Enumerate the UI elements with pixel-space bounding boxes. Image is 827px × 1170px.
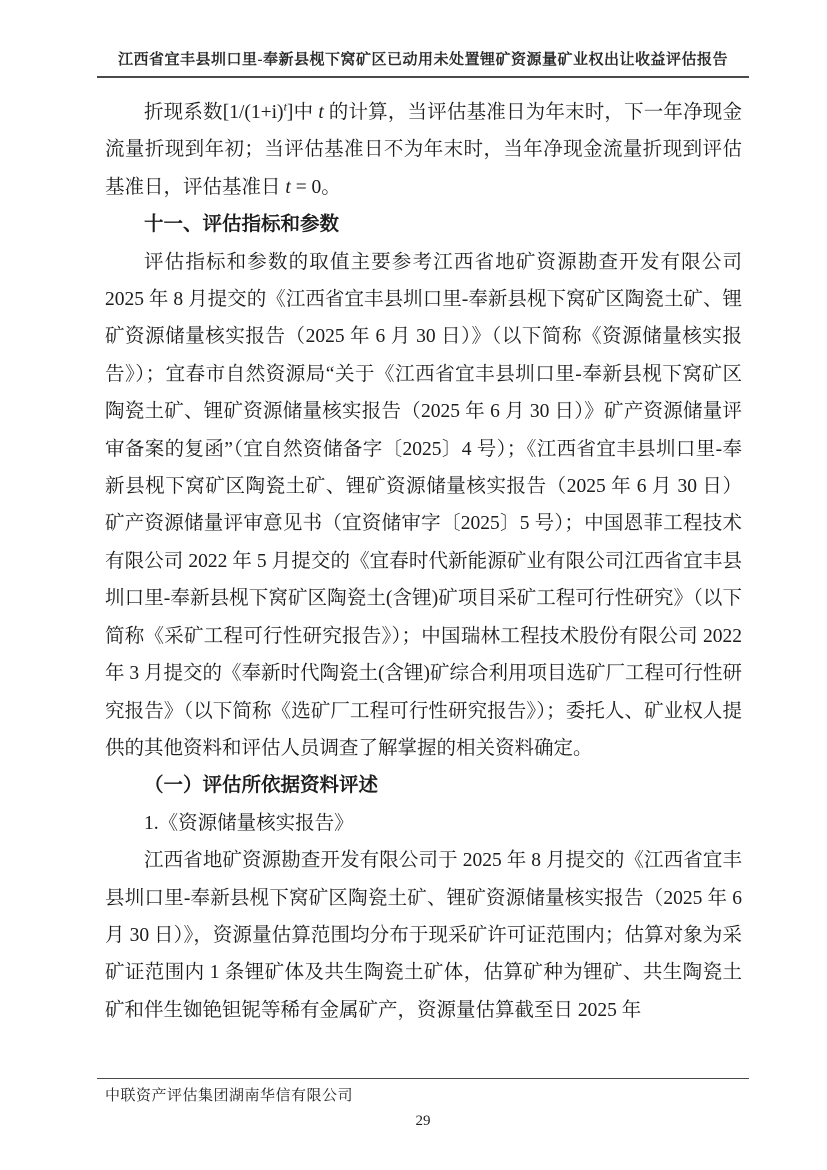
formula-mid: ]中 xyxy=(287,102,318,123)
page-number: 29 xyxy=(97,1113,749,1130)
header-title: 江西省宜丰县圳口里-奉新县枧下窝矿区已动用未处置锂矿资源量矿业权出让收益评估报告 xyxy=(97,48,749,69)
page-footer: 中联资产评估集团湖南华信有限公司 29 xyxy=(97,1078,749,1130)
page-header: 江西省宜丰县圳口里-奉新县枧下窝矿区已动用未处置锂矿资源量矿业权出让收益评估报告 xyxy=(97,48,749,78)
paragraph-resource-report: 江西省地矿资源勘查开发有限公司于 2025 年 8 月提交的《江西省宜丰县圳口里… xyxy=(105,842,742,1029)
paragraph-text: = 0。 xyxy=(291,177,341,198)
item-heading-resource-report: 1.《资源储量核实报告》 xyxy=(105,805,742,842)
document-page: 江西省宜丰县圳口里-奉新县枧下窝矿区已动用未处置锂矿资源量矿业权出让收益评估报告… xyxy=(0,0,827,1170)
paragraph-evaluation-sources: 评估指标和参数的取值主要参考江西省地矿资源勘查开发有限公司 2025 年 8 月… xyxy=(105,244,742,768)
section-heading-eleven: 十一、评估指标和参数 xyxy=(105,206,742,243)
formula-prefix: 折现系数[1/(1+i) xyxy=(144,102,284,123)
footer-company-name: 中联资产评估集团湖南华信有限公司 xyxy=(97,1079,749,1105)
subsection-heading-one: （一）评估所依据资料评述 xyxy=(105,767,742,804)
document-body: 折现系数[1/(1+i)t]中 t 的计算，当评估基准日为年末时，下一年净现金流… xyxy=(105,94,742,1029)
paragraph-discount-coefficient: 折现系数[1/(1+i)t]中 t 的计算，当评估基准日为年末时，下一年净现金流… xyxy=(105,94,742,206)
